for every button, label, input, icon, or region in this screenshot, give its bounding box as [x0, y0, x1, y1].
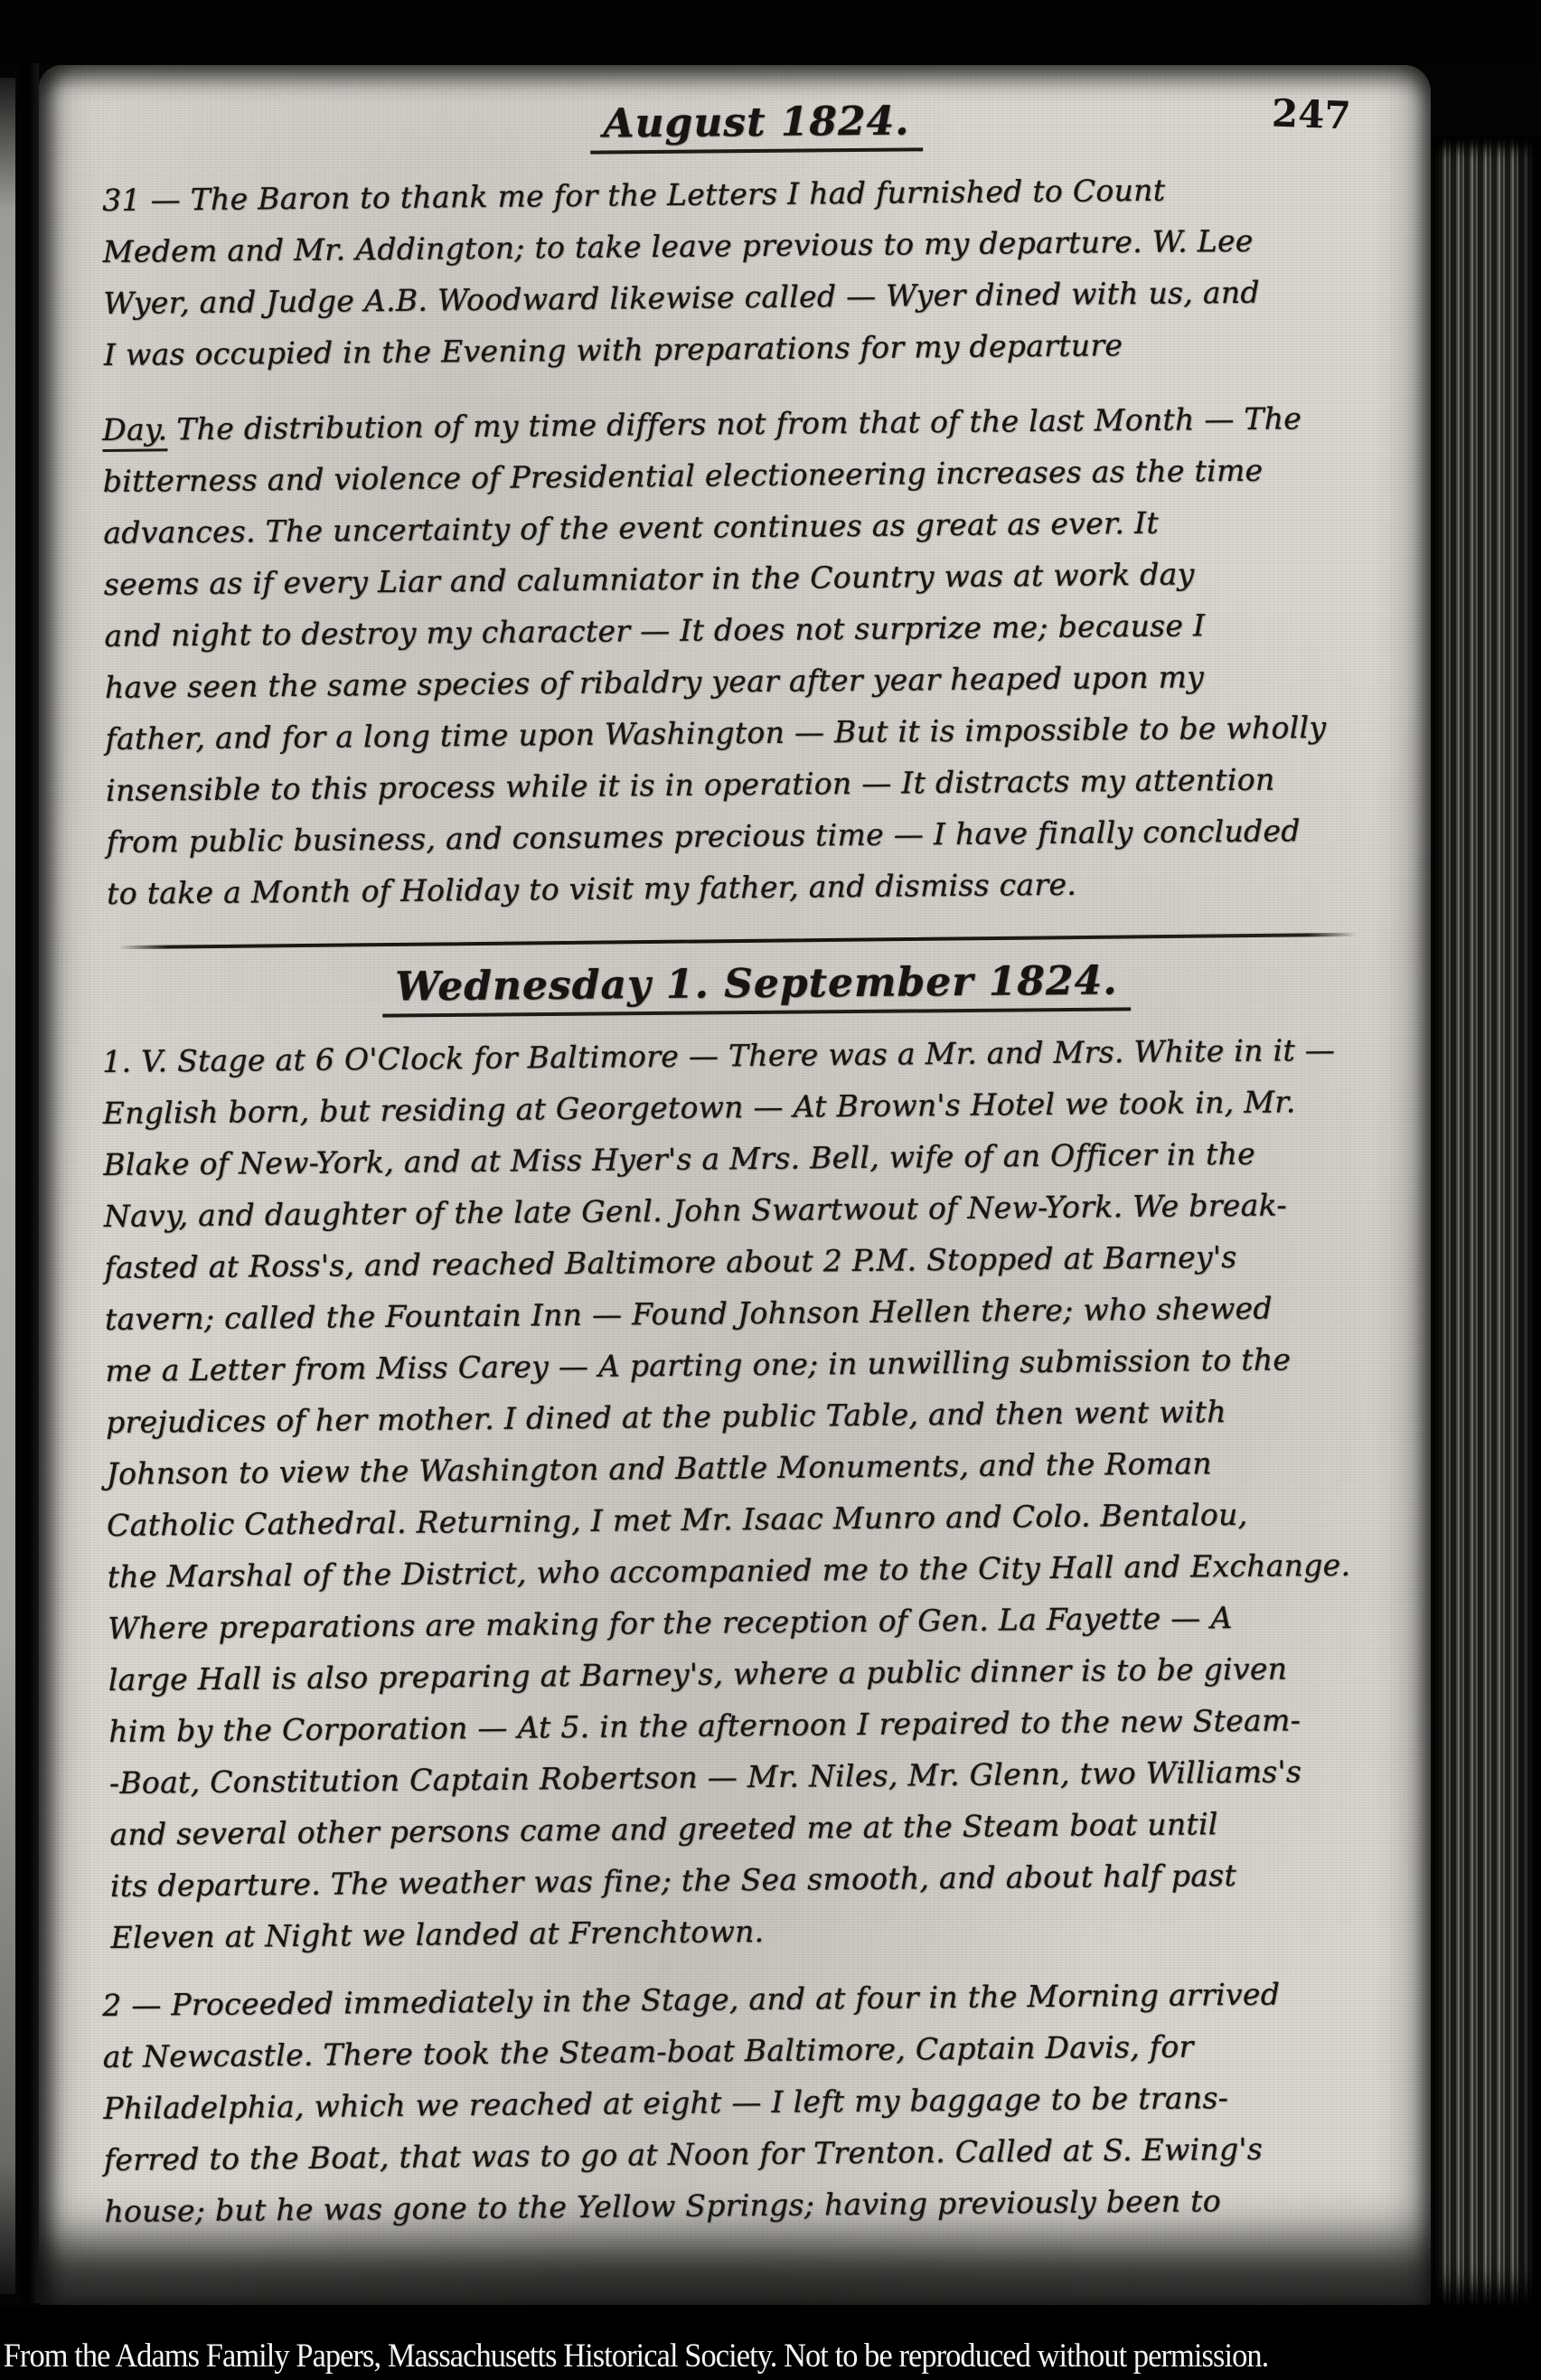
entry-heading-september: Wednesday 1. September 1824. [102, 955, 1411, 1021]
day-lead-word: Day. [102, 411, 168, 452]
archive-caption: From the Adams Family Papers, Massachuse… [0, 2338, 1268, 2380]
paragraph-aug-31: 31 — The Baron to thank me for the Lette… [102, 162, 1413, 381]
archive-caption-band: From the Adams Family Papers, Massachuse… [0, 2305, 1541, 2380]
paragraph-aug-day-lines: bitterness and violence of Presidential … [103, 443, 1416, 919]
entry-heading-september-text: Wednesday 1. September 1824. [382, 957, 1131, 1017]
day-first-line-rest: The distribution of my time differs not … [176, 400, 1301, 447]
paragraph-sep-2: 2 — Proceeded immediately in the Stage, … [102, 1967, 1414, 2237]
paragraph-aug-day: Day.The distribution of my time differs … [102, 391, 1415, 919]
facing-page-edge [0, 78, 15, 2294]
manuscript-page: 247 August 1824. 31 — The Baron to thank… [39, 65, 1431, 2305]
paragraph-sep-1: 1. V. Stage at 6 O'Clock for Baltimore —… [102, 1023, 1420, 1963]
diary-page-scan: 247 August 1824. 31 — The Baron to thank… [0, 0, 1541, 2380]
book-fore-edge-pages [1431, 136, 1541, 2323]
scan-top-shadow [0, 0, 1541, 67]
manuscript-content: August 1824. 31 — The Baron to thank me … [102, 99, 1411, 2237]
entry-separator-rule [118, 933, 1357, 949]
entry-heading-august-text: August 1824. [590, 98, 923, 154]
book-gutter [15, 63, 39, 2303]
entry-heading-august: August 1824. [102, 94, 1411, 159]
